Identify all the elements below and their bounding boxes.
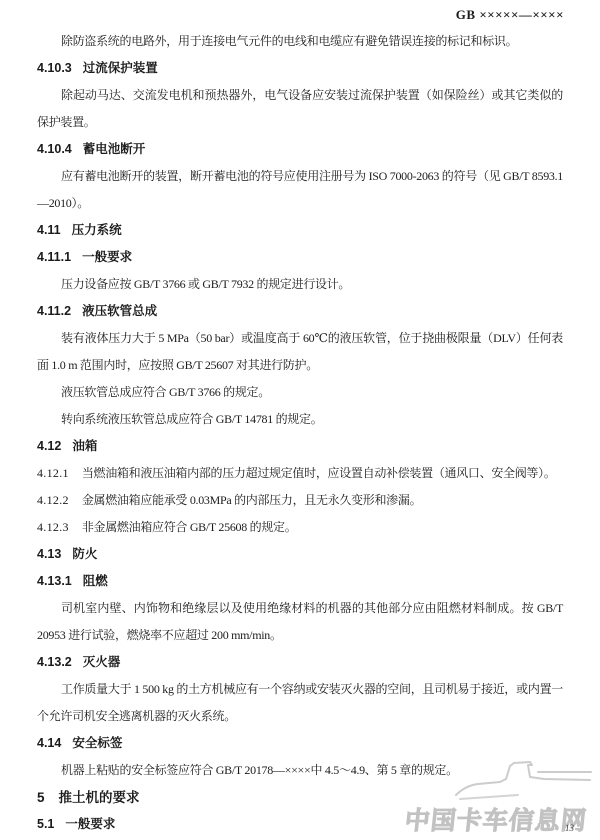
- heading-number: 4.13.1: [37, 574, 72, 588]
- body-paragraph: 压力设备应按 GB/T 3766 或 GB/T 7932 的规定进行设计。: [37, 271, 563, 298]
- heading-4-14: 4.14安全标签: [37, 730, 563, 757]
- heading-title: 一般要求: [82, 250, 132, 264]
- body-paragraph: 应有蓄电池断开的装置，断开蓄电池的符号应使用注册号为 ISO 7000-2063…: [37, 163, 563, 217]
- body-paragraph: 转向系统液压软管总成应符合 GB/T 14781 的规定。: [37, 406, 563, 433]
- heading-title: 推土机的要求: [59, 790, 140, 805]
- body-paragraph: 机器上粘贴的安全标签应符合 GB/T 20178—××××中 4.5～4.9、第…: [37, 757, 563, 784]
- heading-number: 4.11.1: [37, 250, 71, 264]
- heading-4-11-2: 4.11.2液压软管总成: [37, 298, 563, 325]
- heading-4-13-1: 4.13.1阻燃: [37, 568, 563, 595]
- body-paragraph: 除起动马达、交流发电机和预热器外，电气设备应安装过流保护装置（如保险丝）或其它类…: [37, 82, 563, 136]
- heading-4-10-4: 4.10.4蓄电池断开: [37, 136, 563, 163]
- document-page: GB ×××××—×××× 除防盗系统的电路外，用于连接电气元件的电线和电缆应有…: [0, 0, 600, 840]
- clause-4-12-1: 4.12.1当燃油箱和液压油箱内部的压力超过规定值时，应设置自动补偿装置（通风口…: [37, 460, 563, 487]
- clause-number: 4.12.3: [37, 520, 69, 534]
- heading-4-11-1: 4.11.1一般要求: [37, 244, 563, 271]
- clause-4-12-2: 4.12.2金属燃油箱应能承受 0.03MPa 的内部压力，且无永久变形和渗漏。: [37, 487, 563, 514]
- heading-4-11: 4.11压力系统: [37, 217, 563, 244]
- page-number: 13: [565, 823, 574, 833]
- standard-code: GB ×××××—××××: [456, 7, 564, 22]
- heading-title: 安全标签: [72, 736, 122, 750]
- clause-text: 当燃油箱和液压油箱内部的压力超过规定值时，应设置自动补偿装置（通风口、安全阀等）…: [82, 466, 556, 480]
- heading-number: 4.12: [37, 439, 61, 453]
- heading-number: 4.10.4: [37, 142, 72, 156]
- heading-title: 灭火器: [83, 655, 121, 669]
- heading-4-13-2: 4.13.2灭火器: [37, 649, 563, 676]
- page-header: GB ×××××—××××: [456, 7, 564, 23]
- body-paragraph: 装有液体压力大于 5 MPa（50 bar）或温度高于 60℃的液压软管，位于挠…: [37, 325, 563, 379]
- heading-number: 4.13.2: [37, 655, 72, 669]
- heading-title: 防火: [72, 547, 97, 561]
- clause-text: 非金属燃油箱应符合 GB/T 25608 的规定。: [82, 520, 297, 534]
- clause-number: 4.12.2: [37, 493, 69, 507]
- document-content: 除防盗系统的电路外，用于连接电气元件的电线和电缆应有避免错误连接的标记和标识。 …: [37, 28, 563, 838]
- clause-4-12-3: 4.12.3非金属燃油箱应符合 GB/T 25608 的规定。: [37, 514, 563, 541]
- heading-title: 油箱: [72, 439, 97, 453]
- heading-5: 5推土机的要求: [37, 784, 563, 811]
- clause-text: 金属燃油箱应能承受 0.03MPa 的内部压力，且无永久变形和渗漏。: [82, 493, 421, 507]
- heading-number: 5.1: [37, 817, 54, 831]
- heading-title: 过流保护装置: [83, 61, 158, 75]
- body-paragraph: 工作质量大于 1 500 kg 的土方机械应有一个容纳或安装灭火器的空间，且司机…: [37, 676, 563, 730]
- body-paragraph: 液压软管总成应符合 GB/T 3766 的规定。: [37, 379, 563, 406]
- heading-number: 4.13: [37, 547, 61, 561]
- heading-4-13: 4.13防火: [37, 541, 563, 568]
- heading-title: 阻燃: [83, 574, 108, 588]
- clause-number: 4.12.1: [37, 466, 69, 480]
- heading-title: 液压软管总成: [82, 304, 157, 318]
- body-paragraph: 除防盗系统的电路外，用于连接电气元件的电线和电缆应有避免错误连接的标记和标识。: [37, 28, 563, 55]
- heading-number: 4.14: [37, 736, 61, 750]
- heading-number: 5: [37, 790, 45, 805]
- heading-number: 4.10.3: [37, 61, 72, 75]
- heading-5-1: 5.1一般要求: [37, 811, 563, 838]
- body-paragraph: 司机室内壁、内饰物和绝缘层以及使用绝缘材料的机器的其他部分应由阻燃材料制成。按 …: [37, 595, 563, 649]
- heading-title: 压力系统: [72, 223, 122, 237]
- heading-number: 4.11: [37, 223, 61, 237]
- heading-title: 一般要求: [65, 817, 115, 831]
- heading-4-12: 4.12油箱: [37, 433, 563, 460]
- heading-4-10-3: 4.10.3过流保护装置: [37, 55, 563, 82]
- heading-title: 蓄电池断开: [83, 142, 146, 156]
- heading-number: 4.11.2: [37, 304, 71, 318]
